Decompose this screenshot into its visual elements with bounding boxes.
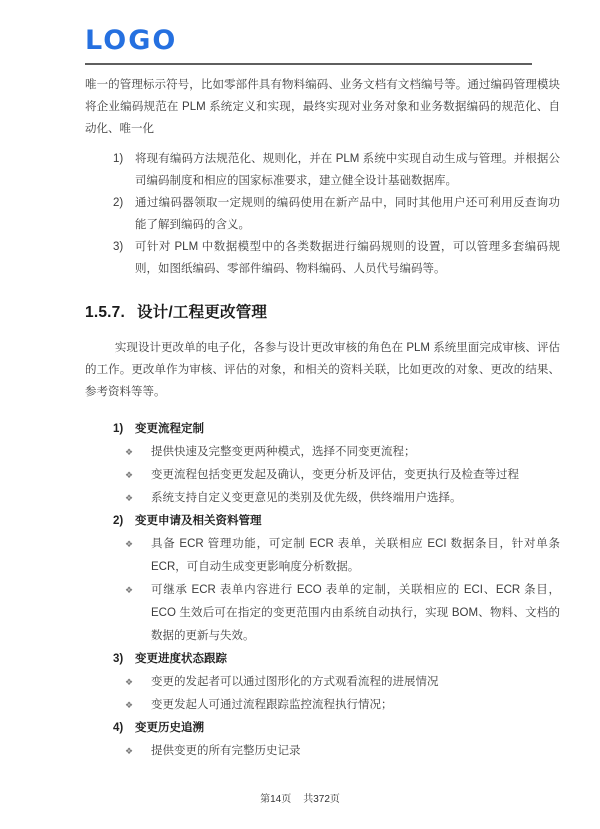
bullet-text: 变更发起人可通过流程跟踪监控流程执行情况； — [151, 694, 560, 717]
feature-bullet: ❖ 可继承 ECR 表单内容进行 ECO 表单的定制，关联相应的 ECI、ECR… — [125, 579, 560, 648]
bullet-text: 变更的发起者可以通过图形化的方式观看流程的进展情况 — [151, 671, 560, 694]
document-page: LOGO 唯一的管理标示符号，比如零部件具有物料编码、业务文档有文档编号等。通过… — [0, 0, 600, 829]
diamond-bullet-icon: ❖ — [125, 671, 151, 694]
page-footer: 第14页共372页 — [0, 790, 600, 805]
feature-title-text: 变更进度状态跟踪 — [135, 648, 227, 671]
list-item: 3) 可针对 PLM 中数据模型中的各类数据进行编码规则的设置，可以管理多套编码… — [113, 236, 560, 280]
list-item: 2) 通过编码器领取一定规则的编码使用在新产品中，同时其他用户还可利用反查询功能… — [113, 192, 560, 236]
intro-paragraph: 唯一的管理标示符号，比如零部件具有物料编码、业务文档有文档编号等。通过编码管理模… — [85, 74, 560, 140]
feature-title: 1) 变更流程定制 — [113, 418, 560, 441]
feature-title-text: 变更申请及相关资料管理 — [135, 510, 262, 533]
feature-bullet: ❖ 系统支持自定义变更意见的类别及优先级，供终端用户选择。 — [125, 487, 560, 510]
feature-bullet: ❖ 变更发起人可通过流程跟踪监控流程执行情况； — [125, 694, 560, 717]
feature-number: 4) — [113, 717, 135, 740]
diamond-bullet-icon: ❖ — [125, 694, 151, 717]
section-number: 1.5.7. — [85, 304, 125, 321]
list-item: 1) 将现有编码方法规范化、规则化，并在 PLM 系统中实现自动生成与管理。并根… — [113, 148, 560, 192]
section-intro-paragraph: 实现设计更改单的电子化，各参与设计更改审核的角色在 PLM 系统里面完成审核、评… — [85, 337, 560, 403]
feature-title-text: 变更流程定制 — [135, 418, 204, 441]
bullet-text: 具备 ECR 管理功能，可定制 ECR 表单，关联相应 ECI 数据条目，针对单… — [151, 533, 560, 579]
feature-number: 2) — [113, 510, 135, 533]
list-item-number: 1) — [113, 148, 135, 192]
feature-title: 4) 变更历史追溯 — [113, 717, 560, 740]
bullet-text: 提供快速及完整变更两种模式，选择不同变更流程； — [151, 441, 560, 464]
section-title: 设计/工程更改管理 — [137, 304, 267, 321]
diamond-bullet-icon: ❖ — [125, 464, 151, 487]
bullet-text: 提供变更的所有完整历史记录 — [151, 740, 560, 763]
header-divider — [85, 63, 532, 65]
feature-bullet: ❖ 变更的发起者可以通过图形化的方式观看流程的进展情况 — [125, 671, 560, 694]
feature-number: 1) — [113, 418, 135, 441]
bullet-text: 变更流程包括变更发起及确认，变更分析及评估，变更执行及检查等过程 — [151, 464, 560, 487]
feature-bullet: ❖ 具备 ECR 管理功能，可定制 ECR 表单，关联相应 ECI 数据条目，针… — [125, 533, 560, 579]
feature-list: 1) 变更流程定制 ❖ 提供快速及完整变更两种模式，选择不同变更流程； ❖ 变更… — [85, 418, 560, 763]
diamond-bullet-icon: ❖ — [125, 579, 151, 648]
footer-page-number: 第14页 — [260, 794, 291, 805]
bullet-text: 可继承 ECR 表单内容进行 ECO 表单的定制，关联相应的 ECI、ECR 条… — [151, 579, 560, 648]
feature-bullet: ❖ 提供快速及完整变更两种模式，选择不同变更流程； — [125, 441, 560, 464]
company-logo: LOGO — [85, 26, 560, 56]
list-item-number: 2) — [113, 192, 135, 236]
section-heading: 1.5.7.设计/工程更改管理 — [85, 300, 560, 322]
feature-bullet: ❖ 变更流程包括变更发起及确认，变更分析及评估，变更执行及检查等过程 — [125, 464, 560, 487]
list-item-text: 将现有编码方法规范化、规则化，并在 PLM 系统中实现自动生成与管理。并根据公司… — [135, 148, 560, 192]
list-item-text: 可针对 PLM 中数据模型中的各类数据进行编码规则的设置，可以管理多套编码规则，… — [135, 236, 560, 280]
diamond-bullet-icon: ❖ — [125, 533, 151, 579]
feature-title: 2) 变更申请及相关资料管理 — [113, 510, 560, 533]
list-item-text: 通过编码器领取一定规则的编码使用在新产品中，同时其他用户还可利用反查询功能了解到… — [135, 192, 560, 236]
diamond-bullet-icon: ❖ — [125, 740, 151, 763]
feature-title-text: 变更历史追溯 — [135, 717, 204, 740]
feature-number: 3) — [113, 648, 135, 671]
diamond-bullet-icon: ❖ — [125, 441, 151, 464]
page-content: LOGO 唯一的管理标示符号，比如零部件具有物料编码、业务文档有文档编号等。通过… — [0, 0, 600, 763]
bullet-text: 系统支持自定义变更意见的类别及优先级，供终端用户选择。 — [151, 487, 560, 510]
list-item-number: 3) — [113, 236, 135, 280]
footer-total-pages: 共372页 — [303, 794, 340, 805]
feature-bullet: ❖ 提供变更的所有完整历史记录 — [125, 740, 560, 763]
diamond-bullet-icon: ❖ — [125, 487, 151, 510]
coding-capability-list: 1) 将现有编码方法规范化、规则化，并在 PLM 系统中实现自动生成与管理。并根… — [85, 148, 560, 280]
feature-title: 3) 变更进度状态跟踪 — [113, 648, 560, 671]
